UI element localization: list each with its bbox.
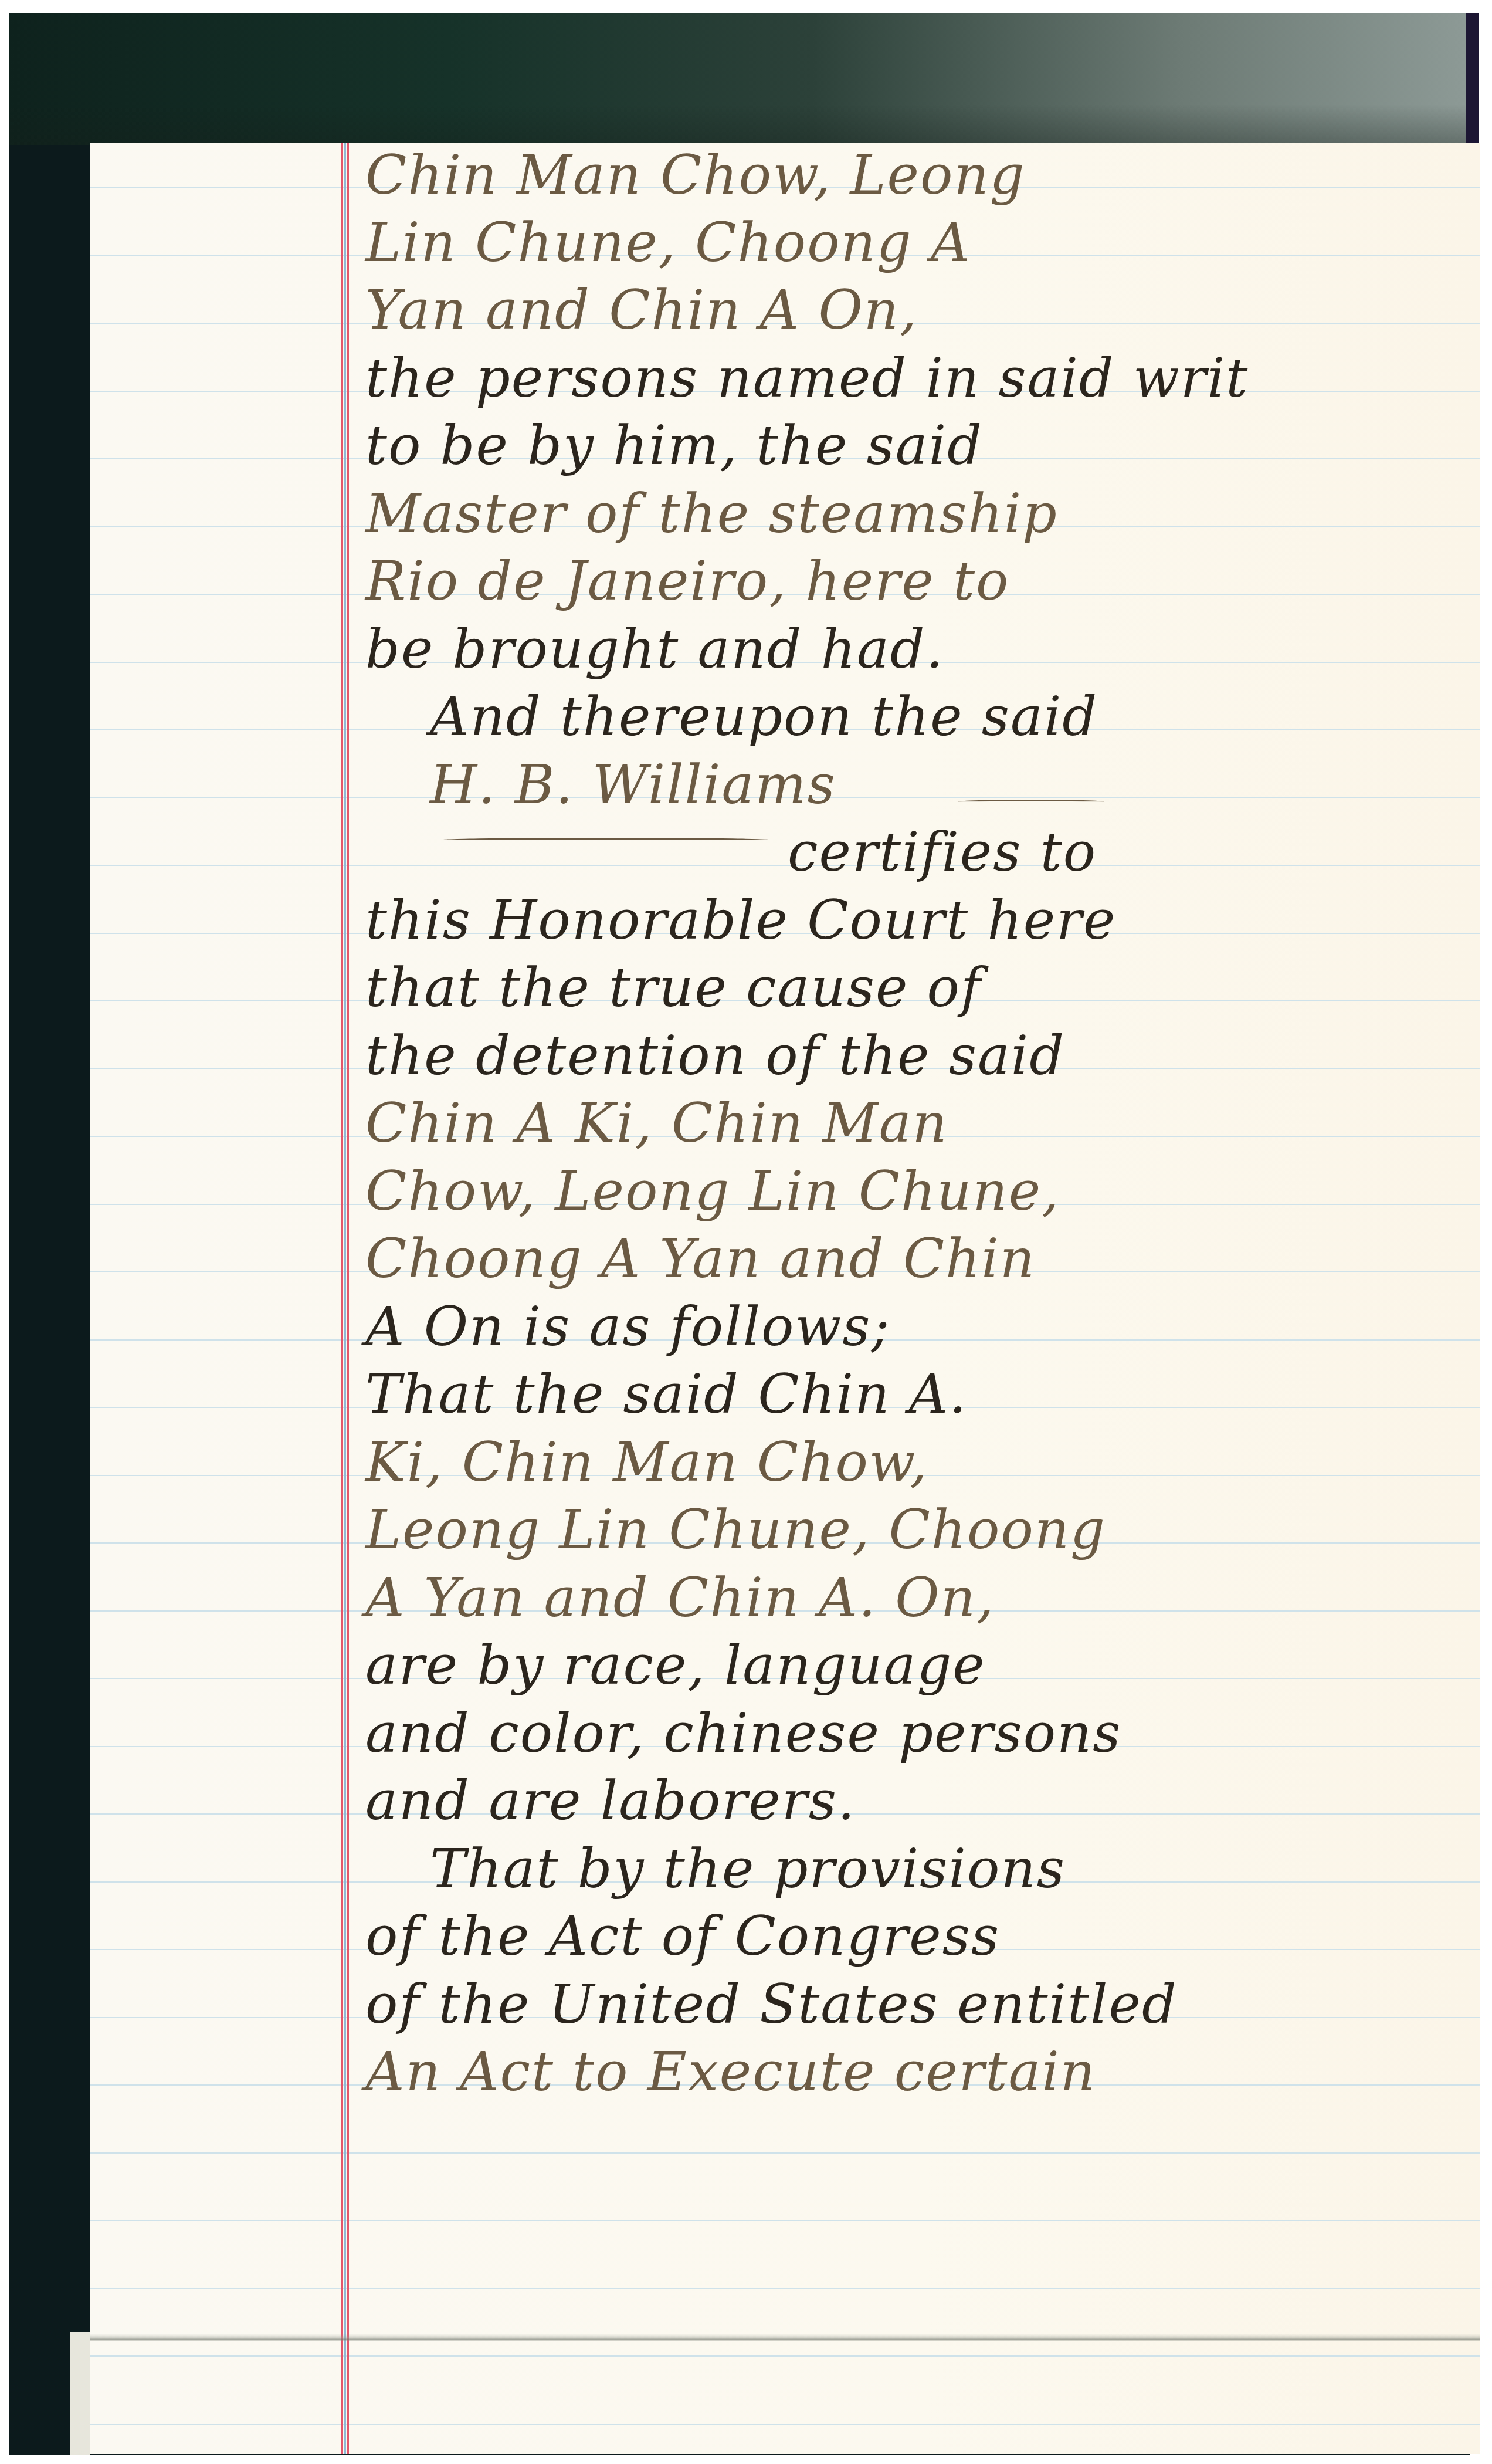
text-line: and are laborers. (365, 1774, 856, 1828)
margin-line-red (341, 143, 343, 2454)
text-line: A Yan and Chin A. On, (365, 1571, 995, 1625)
scanner-lid-shadow (9, 13, 1470, 145)
text-line: Leong Lin Chune, Choong (365, 1503, 1106, 1557)
rule-line (90, 2220, 1480, 2221)
text-line: to be by him, the said (365, 419, 983, 473)
text-line: are by race, language (365, 1639, 986, 1693)
paper-fold (90, 2334, 1480, 2341)
text-line: Choong A Yan and Chin (365, 1232, 1036, 1286)
text-line: A On is as follows; (365, 1300, 890, 1354)
text-line: Rio de Janeiro, here to (365, 554, 1009, 608)
lower-sheet-edge (70, 2332, 90, 2455)
text-line: of the United States entitled (365, 1978, 1178, 2032)
rule-line (90, 865, 1480, 866)
text-line: certifies to (788, 825, 1097, 879)
scanner-edge (1466, 13, 1479, 145)
flourish-line (442, 838, 770, 842)
text-line: Chin Man Chow, Leong (365, 148, 1026, 202)
text-line: be brought and had. (365, 622, 944, 676)
text-line: Lin Chune, Choong A (365, 216, 971, 270)
text-line: Master of the steamship (365, 487, 1058, 541)
rule-line (90, 2424, 1480, 2425)
text-line: That the said Chin A. (365, 1368, 967, 1421)
text-line: That by the provisions (430, 1842, 1066, 1896)
text-line: Chow, Leong Lin Chune, (365, 1165, 1060, 1219)
rule-line (90, 2152, 1480, 2154)
text-line: the detention of the said (365, 1029, 1065, 1083)
scan-border (0, 2455, 1492, 2464)
text-line: that the true cause of (365, 961, 982, 1015)
rule-line (90, 2288, 1480, 2289)
text-line: Ki, Chin Man Chow, (365, 1436, 928, 1490)
margin-line-red-inner (347, 143, 349, 2454)
rule-line (90, 2355, 1480, 2357)
flourish-line (958, 800, 1104, 804)
text-line: Yan and Chin A On, (365, 283, 918, 337)
text-line: and color, chinese persons (365, 1707, 1122, 1761)
text-line: this Honorable Court here (365, 893, 1117, 947)
ledger-page: Chin Man Chow, Leong Lin Chune, Choong A… (90, 143, 1480, 2454)
text-line: Chin A Ki, Chin Man (365, 1096, 948, 1150)
text-line: of the Act of Congress (365, 1910, 1000, 1964)
margin-line-blue (344, 143, 346, 2454)
text-line: And thereupon the said (430, 690, 1098, 744)
text-line: H. B. Williams (430, 758, 836, 812)
text-line: the persons named in said writ (365, 351, 1249, 405)
text-line: An Act to Execute certain (365, 2045, 1096, 2099)
